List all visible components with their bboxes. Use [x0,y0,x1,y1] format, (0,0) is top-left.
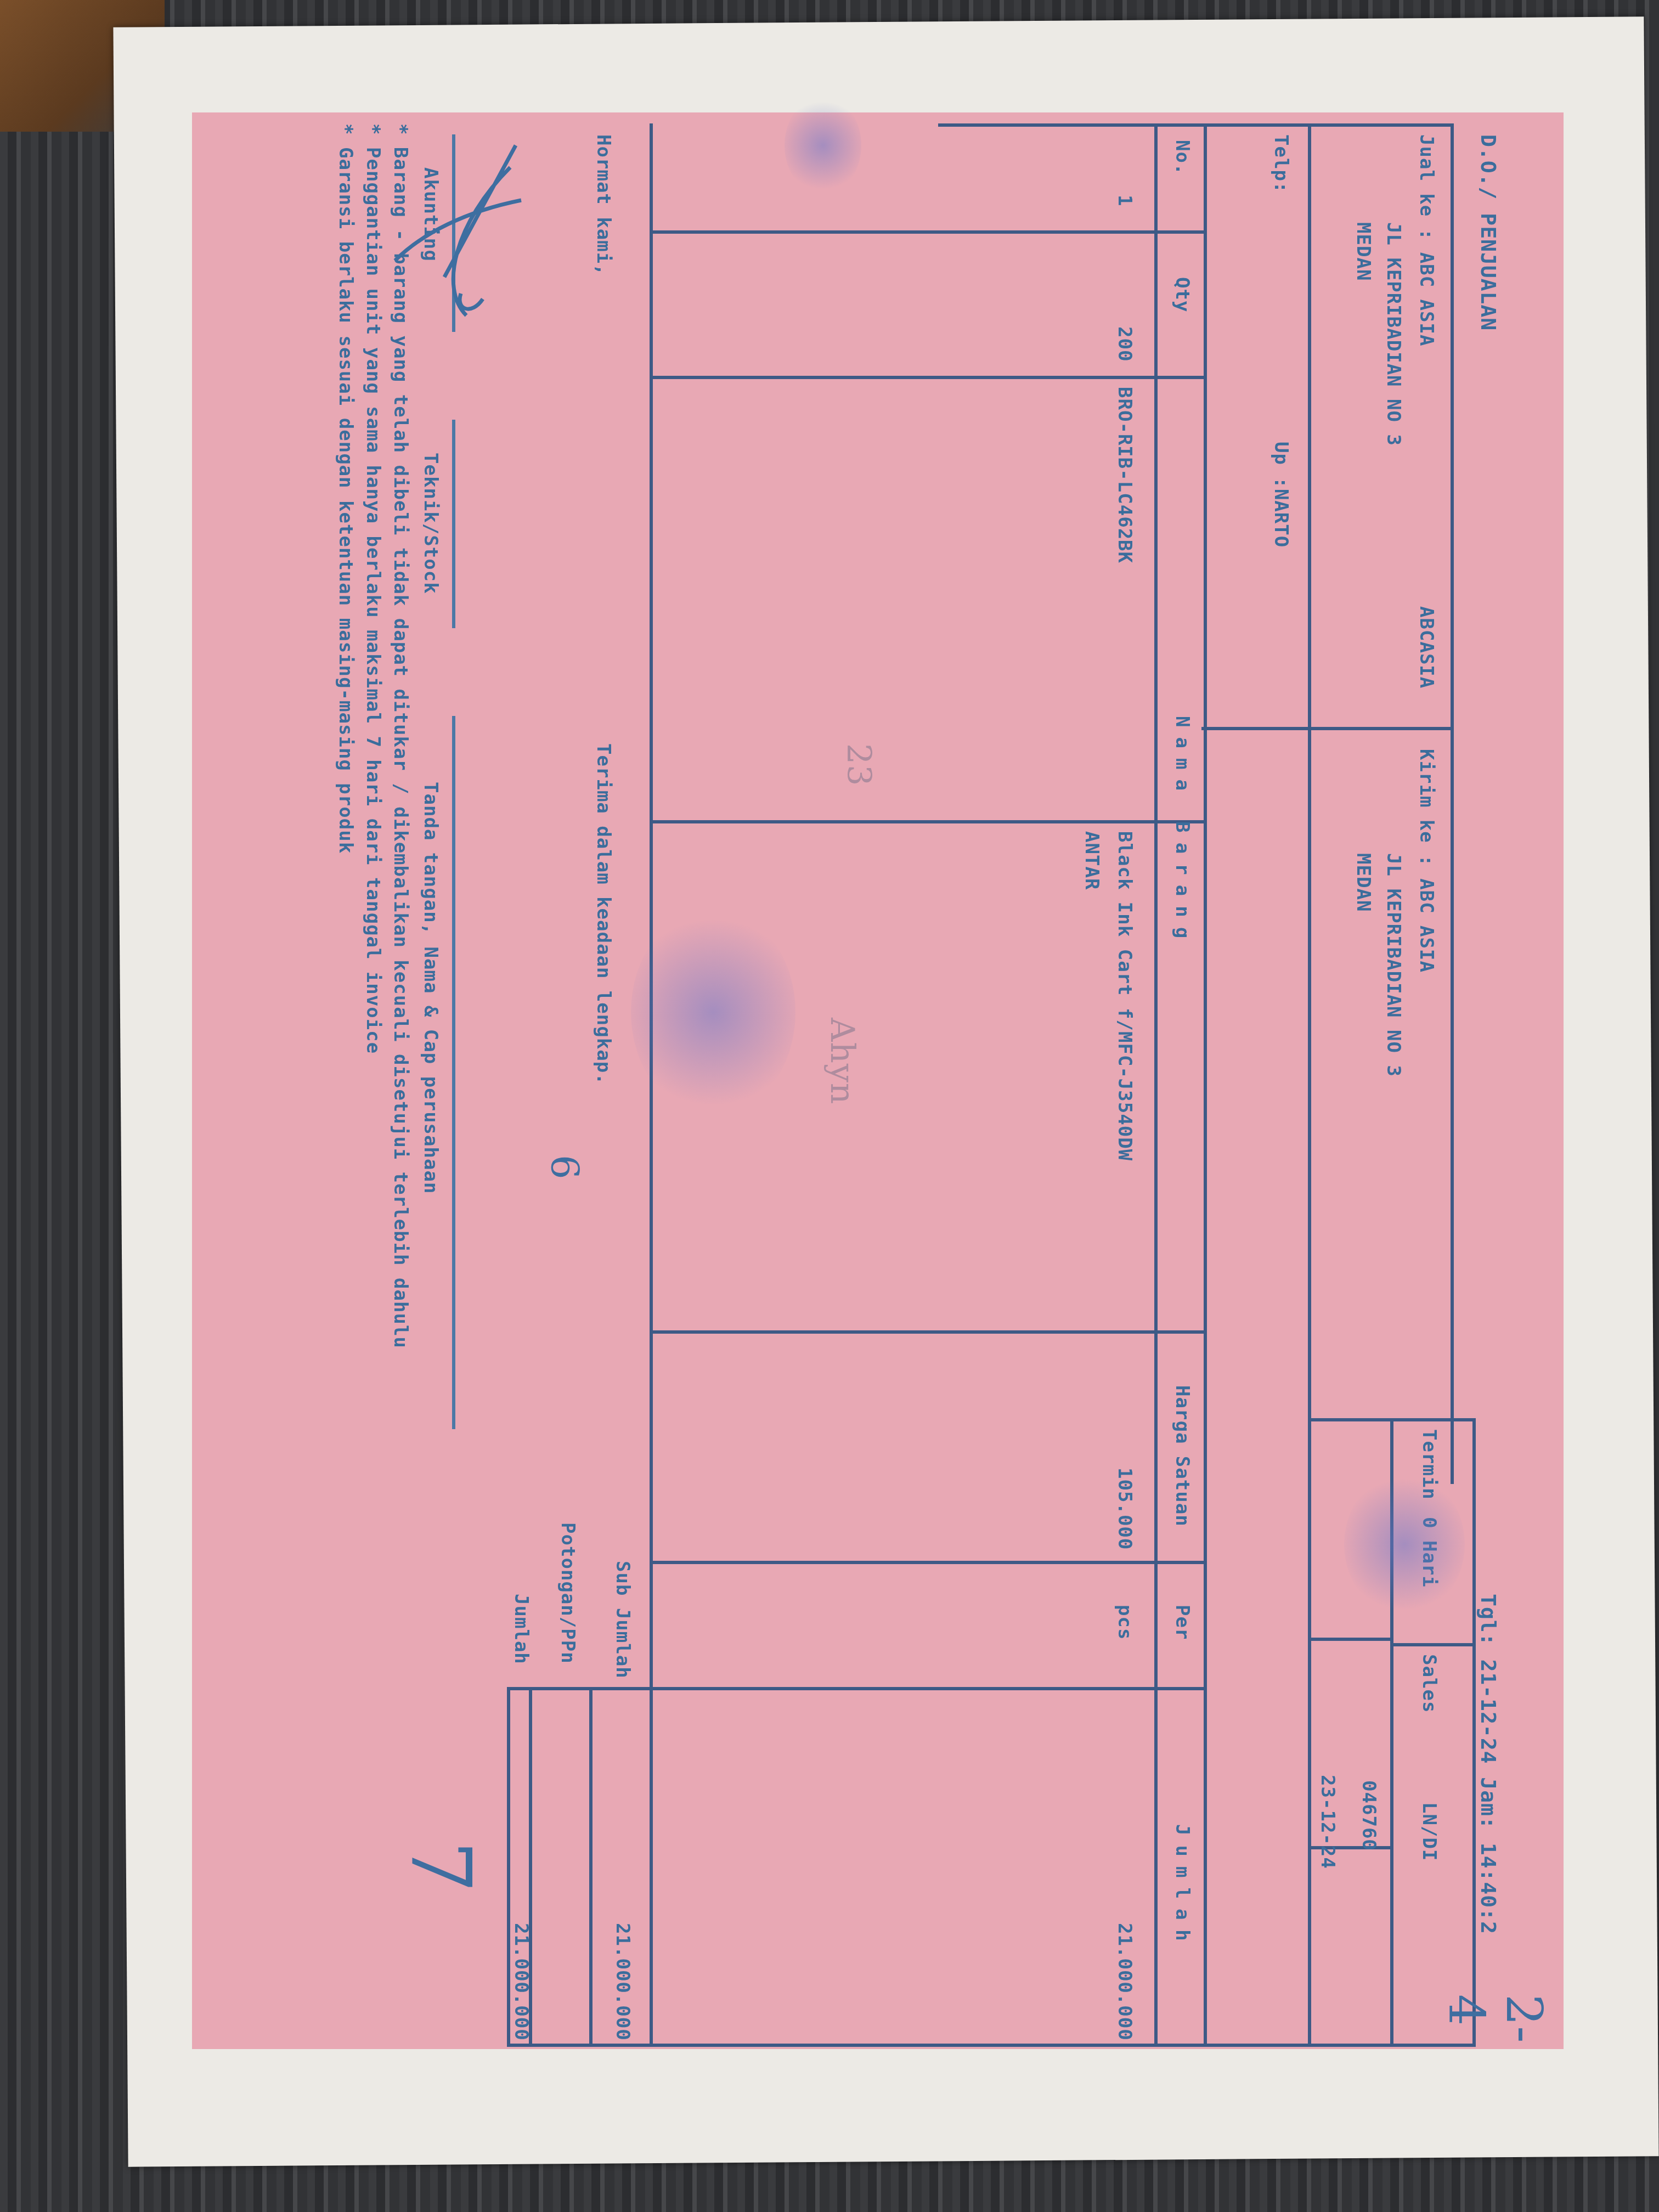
handwritten-qty-mark: 23 [839,743,878,786]
document-photo: D.O./ PENJUALAN Tgl: 21-12-24 Jam: 14:40… [192,112,1564,2049]
rule [938,123,1454,127]
col-header-no: No. [1171,140,1193,175]
row-name: Black Ink Cart f/MFC-J3540DW [1114,831,1136,1161]
rule [653,820,1207,823]
ink-smudge [631,908,795,1116]
rule [1201,727,1311,730]
footnote-3: * Garansi berlaku sesuai dengan ketentua… [335,123,357,854]
rule [650,123,653,2047]
col-header-qty: Qty [1171,277,1193,312]
col-header-unit: Per [1171,1605,1193,1640]
bill-to: Jual ke : ABC ASIA [1415,134,1437,346]
rule [949,2044,1476,2047]
ink-smudge [785,96,861,195]
signature-label-stock: Teknik/Stock [420,453,442,594]
rule [653,376,1207,379]
rule [1204,123,1207,2047]
rule [510,2044,949,2047]
row-qty: 200 [1114,326,1136,362]
ship-to-label: Kirim ke : [1415,749,1437,867]
document-title: D.O./ PENJUALAN [1476,134,1500,331]
col-header-price: Harga Satuan [1171,1385,1193,1527]
rule [589,1687,592,2047]
signature-line-stock [452,420,455,628]
rule [1311,1638,1393,1641]
telp-label: Telp: [1270,134,1292,193]
ship-to: Kirim ke : ABC ASIA [1415,749,1437,973]
subtotal-value: 21.000.000 [612,1923,634,2041]
total-value: 21.000.000 [510,1923,532,2041]
ship-to-name: ABC ASIA [1415,878,1437,973]
handwritten-number-mark: 7 [393,1841,488,1893]
subtotal-label: Sub Jumlah [612,1561,634,1679]
sales-value: LN/DI [1418,1802,1440,1861]
rule [1311,1418,1476,1421]
ink-smudge [1344,1473,1465,1616]
signature-scribble [390,134,532,343]
delivery-order-form: D.O./ PENJUALAN Tgl: 21-12-24 Jam: 14:40… [192,112,1564,2049]
attention: Up :NARTO [1270,442,1292,548]
ship-to-address: JL KEPRIBADIAN NO 3 [1383,853,1404,1077]
rule [653,1687,1207,1690]
rule [1472,1418,1476,2044]
bill-to-label: Jual ke : [1415,134,1437,240]
row-no: 1 [1114,195,1136,206]
handwritten-name-mark: Ahyn [823,1018,861,1105]
row-note: ANTAR [1081,831,1103,890]
handwritten-scribble: 6 [542,1155,587,1180]
bill-to-city: MEDAN [1352,222,1374,281]
delivery-date: 23-12-24 [1317,1775,1339,1869]
bill-to-name: ABC ASIA [1415,252,1437,347]
rule [653,1330,1207,1334]
rule [653,230,1207,234]
row-unit: pcs [1114,1605,1136,1640]
total-label: Jumlah [510,1594,532,1664]
regards-text: Hormat kami, [592,134,614,276]
bill-to-address: JL KEPRIBADIAN NO 3 [1383,222,1404,446]
rule [1308,123,1311,2047]
customer-code: ABCASIA [1415,606,1437,689]
rule [1154,123,1158,2047]
ship-to-city: MEDAN [1352,853,1374,912]
col-header-name: Nama Barang [1171,716,1193,948]
time-label: Jam: [1476,1777,1500,1830]
time-value: 14:40:2 [1476,1843,1500,1934]
received-note: Terima dalam keadaan lengkap. [592,743,614,1085]
signature-label-customer: Tanda tangan, Nama & Cap perusahaan [420,782,442,1194]
rule [1311,727,1454,730]
rule [653,1561,1207,1564]
row-price: 105.000 [1114,1468,1136,1550]
rule [1393,1643,1476,1646]
row-code: BRO-RIB-LC462BK [1114,387,1136,563]
signature-line-customer [452,716,455,1429]
date-time: Tgl: 21-12-24 Jam: 14:40:2 [1476,1594,1500,1934]
row-amount: 21.000.000 [1114,1923,1136,2041]
handwritten-corner-mark: 2-4 [1437,1994,1553,2049]
discount-label: Potongan/PPn [557,1522,579,1664]
footnote-2: * Penggantian unit yang sama hanya berla… [362,123,384,1054]
date-value: 21-12-24 [1476,1659,1500,1764]
sales-label: Sales [1418,1654,1440,1713]
order-number: 046760 [1358,1780,1380,1851]
col-header-amount: Jumlah [1171,1824,1193,1951]
date-label: Tgl: [1476,1594,1500,1646]
rule [1451,123,1454,1484]
